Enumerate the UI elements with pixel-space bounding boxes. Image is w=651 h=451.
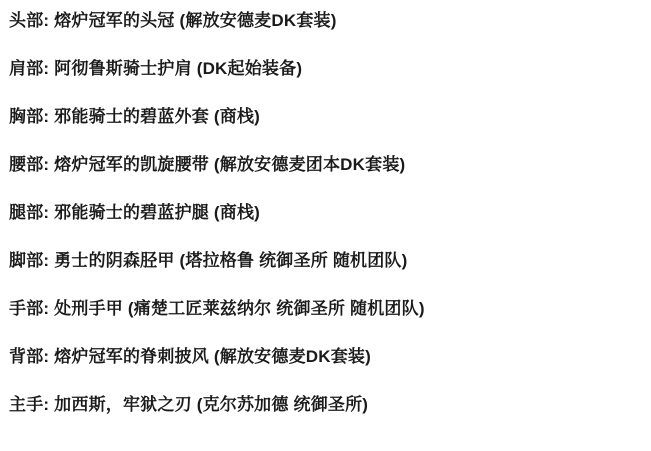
equipment-line-chest: 胸部: 邪能骑士的碧蓝外套 (商栈) [9,108,641,126]
equipment-line-legs: 腿部: 邪能骑士的碧蓝护腿 (商栈) [9,204,641,222]
equipment-list: 头部: 熔炉冠军的头冠 (解放安德麦DK套装) 肩部: 阿彻鲁斯骑士护肩 (DK… [0,0,651,414]
equipment-line-hands: 手部: 处刑手甲 (痛楚工匠莱兹纳尔 统御圣所 随机团队) [9,300,641,318]
equipment-line-head: 头部: 熔炉冠军的头冠 (解放安德麦DK套装) [9,12,641,30]
equipment-line-waist: 腰部: 熔炉冠军的凯旋腰带 (解放安德麦团本DK套装) [9,156,641,174]
equipment-line-main-hand: 主手: 加西斯，牢狱之刃 (克尔苏加德 统御圣所) [9,396,641,414]
equipment-line-shoulder: 肩部: 阿彻鲁斯骑士护肩 (DK起始装备) [9,60,641,78]
equipment-line-back: 背部: 熔炉冠军的脊刺披风 (解放安德麦DK套装) [9,348,641,366]
equipment-line-feet: 脚部: 勇士的阴森胫甲 (塔拉格鲁 统御圣所 随机团队) [9,252,641,270]
